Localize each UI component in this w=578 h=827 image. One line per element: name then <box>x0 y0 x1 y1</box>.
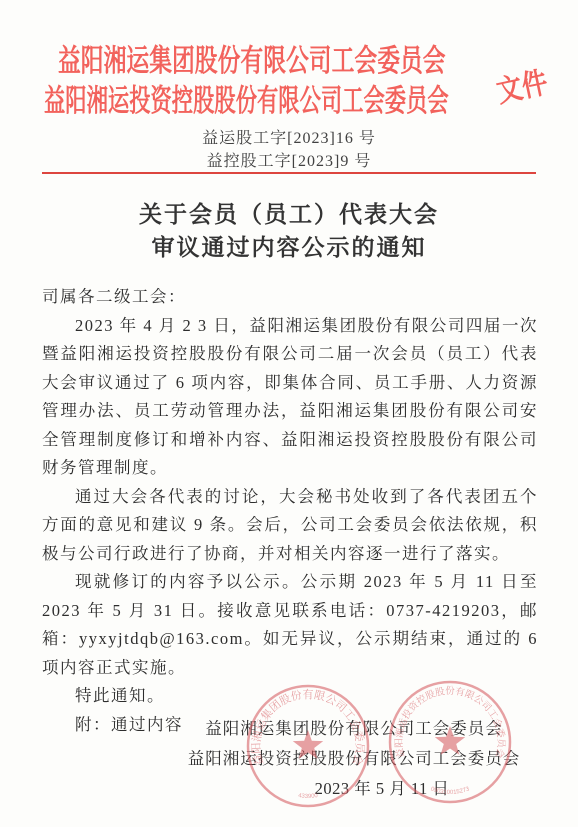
document-numbers: 益运股工字[2023]16 号 益控股工字[2023]9 号 <box>0 127 578 173</box>
paragraph: 2023 年 4 月 2 3 日，益阳湘运集团股份有限公司四届一次暨益阳湘运投资… <box>42 312 538 483</box>
notice-title: 关于会员（员工）代表大会 审议通过内容公示的通知 <box>0 198 578 264</box>
signature-org-2: 益阳湘运投资控股股份有限公司工会委员会 <box>128 744 578 774</box>
paragraph: 现就修订的内容予以公示。公示期 2023 年 5 月 11 日至 2023 年 … <box>42 568 538 682</box>
paragraph: 特此通知。 <box>42 682 538 711</box>
red-divider-line <box>42 172 536 174</box>
notice-title-line-1: 关于会员（员工）代表大会 <box>0 198 578 231</box>
letterhead-org-line-2: 益阳湘运投资控股股份有限公司工会委员会 <box>44 82 449 123</box>
notice-body: 司属各二级工会： 2023 年 4 月 2 3 日，益阳湘运集团股份有限公司四届… <box>42 283 538 739</box>
salutation: 司属各二级工会： <box>42 283 538 312</box>
document-number-2: 益控股工字[2023]9 号 <box>0 150 578 173</box>
document-page: 益阳湘运集团股份有限公司工会委员会 益阳湘运投资控股股份有限公司工会委员会 文件… <box>0 0 578 827</box>
paragraph: 通过大会各代表的讨论，大会秘书处收到了各代表团五个方面的意见和建议 9 条。会后… <box>42 483 538 569</box>
signature-block: 益阳湘运集团股份有限公司工会委员会 益阳湘运投资控股股份有限公司工会委员会 20… <box>128 714 578 804</box>
signature-date: 2023 年 5 月 11 日 <box>128 774 578 804</box>
document-number-1: 益运股工字[2023]16 号 <box>0 127 578 150</box>
signature-org-1: 益阳湘运集团股份有限公司工会委员会 <box>128 714 578 744</box>
letterhead-org-line-1: 益阳湘运集团股份有限公司工会委员会 <box>58 42 481 83</box>
notice-title-line-2: 审议通过内容公示的通知 <box>0 231 578 264</box>
